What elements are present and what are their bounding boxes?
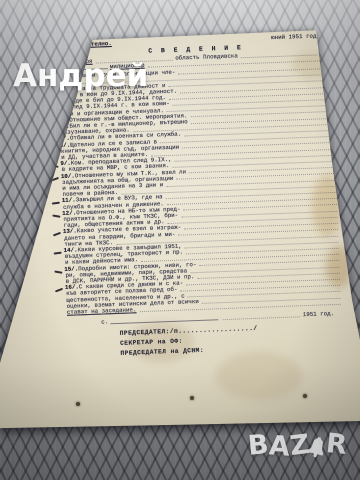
place-prefix: с.: [101, 320, 108, 326]
item-number: 5/.: [59, 117, 70, 124]
item-text: стават на заседание.: [67, 307, 137, 316]
pen-tick-mark: [50, 146, 58, 149]
pen-tick-mark: [48, 103, 56, 107]
item-number: 4/.: [58, 105, 69, 112]
paper-stain: [216, 352, 302, 400]
year-text: 1951 год.: [303, 311, 335, 318]
watermark-letter: B: [247, 429, 270, 462]
top-watermark-text: Андрей: [13, 58, 148, 94]
blank-underline: [110, 319, 218, 324]
watermark-letter: Z: [288, 429, 311, 462]
paper-speck: [190, 396, 194, 400]
question-list: 1/.За какви груди организации чле-нува.2…: [58, 64, 344, 316]
pen-tick-mark: [50, 165, 58, 169]
pen-tick-mark: [49, 127, 57, 131]
photo-of-document: Поверително. юний 1951 год. С В Е Д Е Н …: [0, 0, 360, 480]
paper-speck: [303, 394, 307, 398]
pen-tick-mark: [51, 176, 59, 181]
item-number: 3/.: [58, 99, 69, 106]
classification-stamp: Поверително.: [70, 41, 112, 49]
pen-tick-mark: [52, 214, 60, 218]
watermark-letter: R: [325, 428, 349, 461]
pen-tick-mark: [53, 232, 61, 237]
bazar-watermark: B A Z R: [248, 430, 347, 461]
pen-tick-mark: [54, 270, 62, 274]
paper-speck: [76, 402, 80, 406]
pen-tick-mark: [52, 202, 60, 205]
document-date: юний 1951 год.: [271, 33, 320, 41]
pen-tick-mark: [49, 139, 57, 144]
watermark-letter: A: [267, 430, 290, 462]
dotted-fill-line: [223, 316, 300, 320]
pen-tick-mark: [49, 121, 57, 124]
pen-tick-mark: [54, 252, 62, 255]
pen-tick-mark: [48, 108, 56, 113]
addressee-suffix: год.: [321, 50, 335, 57]
pen-tick-mark: [55, 288, 63, 293]
